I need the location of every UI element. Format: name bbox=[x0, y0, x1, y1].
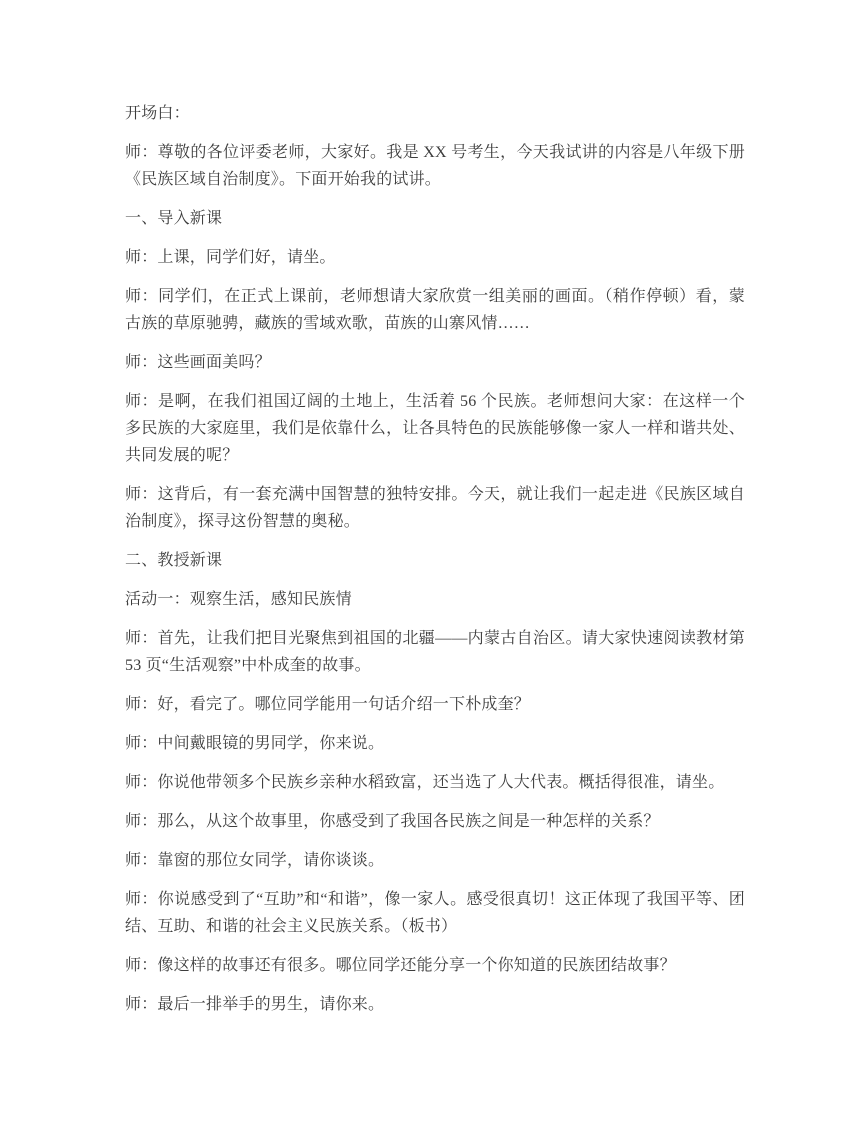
teacher-line-topic-reveal: 师：这背后，有一套充满中国智慧的独特安排。今天，就让我们一起走进《民族区域自治制… bbox=[125, 481, 745, 535]
teacher-line-reading-task: 师：首先，让我们把目光聚焦到祖国的北疆——内蒙古自治区。请大家快速阅读教材第 5… bbox=[125, 625, 745, 679]
teacher-line-question-beauty: 师：这些画面美吗？ bbox=[125, 349, 745, 376]
teacher-line-feedback-relationship: 师：你说感受到了“互助”和“和谐”，像一家人。感受很真切！这正体现了我国平等、团… bbox=[125, 886, 745, 940]
document-page: 开场白： 师：尊敬的各位评委老师，大家好。我是 XX 号考生，今天我试讲的内容是… bbox=[125, 100, 745, 1030]
teacher-line-call-boy: 师：中间戴眼镜的男同学，你来说。 bbox=[125, 730, 745, 757]
teacher-line-call-girl: 师：靠窗的那位女同学，请你谈谈。 bbox=[125, 847, 745, 874]
teacher-line-greeting: 师：上课，同学们好，请坐。 bbox=[125, 244, 745, 271]
section-heading-new-lesson: 二、教授新课 bbox=[125, 547, 745, 574]
teacher-line-call-last-row: 师：最后一排举手的男生，请你来。 bbox=[125, 991, 745, 1018]
teacher-line-ask-summary: 师：好，看完了。哪位同学能用一句话介绍一下朴成奎？ bbox=[125, 691, 745, 718]
teacher-line-ask-relationship: 师：那么，从这个故事里，你感受到了我国各民族之间是一种怎样的关系？ bbox=[125, 808, 745, 835]
teacher-line-feedback-summary: 师：你说他带领多个民族乡亲种水稻致富，还当选了人大代表。概括得很准，请坐。 bbox=[125, 769, 745, 796]
teacher-line-ask-story: 师：像这样的故事还有很多。哪位同学还能分享一个你知道的民族团结故事？ bbox=[125, 952, 745, 979]
teacher-line-pictures: 师：同学们，在正式上课前，老师想请大家欣赏一组美丽的画面。（稍作停顿）看，蒙古族… bbox=[125, 283, 745, 337]
activity-one-heading: 活动一：观察生活，感知民族情 bbox=[125, 586, 745, 613]
teacher-line-56-ethnic-groups: 师：是啊，在我们祖国辽阔的土地上，生活着 56 个民族。老师想问大家：在这样一个… bbox=[125, 388, 745, 469]
opening-label: 开场白： bbox=[125, 100, 745, 127]
teacher-line-introduction: 师：尊敬的各位评委老师，大家好。我是 XX 号考生，今天我试讲的内容是八年级下册… bbox=[125, 139, 745, 193]
section-heading-lead-in: 一、导入新课 bbox=[125, 205, 745, 232]
